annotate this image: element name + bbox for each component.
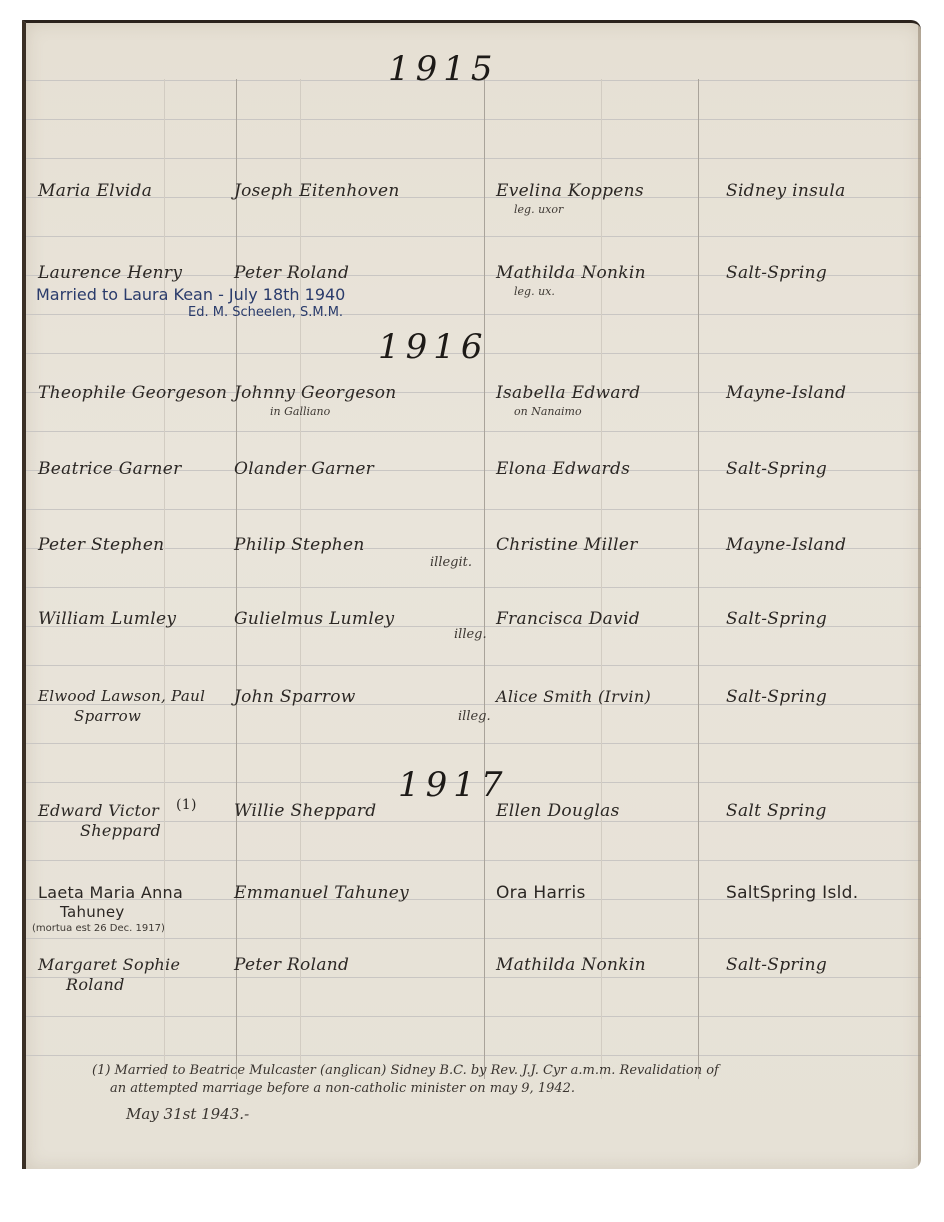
child-name: Margaret Sophie — [38, 955, 180, 974]
ruled-line — [26, 1055, 921, 1056]
mother-name: Ellen Douglas — [496, 801, 620, 821]
ruled-line — [26, 119, 921, 120]
father-name: Gulielmus Lumley — [234, 609, 394, 629]
place: Salt-Spring — [726, 263, 827, 283]
mother-name: Mathilda Nonkin — [496, 263, 646, 283]
child-name-line2: Tahuney — [60, 903, 125, 921]
mother-name: Isabella Edward — [496, 383, 640, 403]
mother-name: Ora Harris — [496, 883, 586, 903]
place: Mayne-Island — [726, 535, 846, 555]
mother-name: Francisca David — [496, 609, 640, 629]
father-name: Philip Stephen — [234, 535, 365, 555]
child-name: Laeta Maria Anna — [38, 883, 183, 902]
place: Salt-Spring — [726, 955, 827, 975]
ruled-line — [26, 236, 921, 237]
footnote-line: an attempted marriage before a non-catho… — [110, 1081, 575, 1096]
father-name: Joseph Eitenhoven — [234, 181, 400, 201]
father-name: Peter Roland — [234, 955, 349, 975]
marriage-annotation-signature: Ed. M. Scheelen, S.M.M. — [188, 305, 343, 320]
place: Salt-Spring — [726, 459, 827, 479]
register-page: 1915 1916 1917 Maria Elvida Joseph Eiten… — [22, 20, 921, 1169]
ruled-line — [26, 743, 921, 744]
mother-note: leg. uxor — [514, 203, 563, 216]
child-name: William Lumley — [38, 609, 176, 629]
mother-name: Elona Edwards — [496, 459, 630, 479]
father-name: John Sparrow — [234, 687, 356, 707]
column-line — [484, 79, 485, 1079]
year-heading: 1915 — [388, 49, 499, 89]
place: Mayne-Island — [726, 383, 846, 403]
footnote-line: (1) Married to Beatrice Mulcaster (angli… — [92, 1063, 719, 1078]
column-line — [698, 79, 699, 1079]
father-name: Olander Garner — [234, 459, 374, 479]
father-name: Peter Roland — [234, 263, 349, 283]
father-note: illeg. — [458, 709, 491, 724]
year-heading: 1916 — [378, 327, 489, 367]
child-name-line2: Roland — [66, 975, 125, 994]
marriage-annotation: Married to Laura Kean - July 18th 1940 — [36, 285, 345, 304]
mother-name: Evelina Koppens — [496, 181, 644, 201]
child-name: Theophile Georgeson — [38, 383, 227, 403]
child-name-line2: Sheppard — [80, 821, 161, 840]
father-name: Emmanuel Tahuney — [234, 883, 409, 903]
father-note: illegit. — [430, 555, 472, 570]
death-note: (mortua est 26 Dec. 1917) — [32, 923, 165, 934]
place: Salt-Spring — [726, 687, 827, 707]
ruled-line — [26, 977, 921, 978]
child-name: Laurence Henry — [38, 263, 182, 283]
ruled-line — [26, 1016, 921, 1017]
child-name: Elwood Lawson, Paul — [38, 687, 205, 705]
column-line — [300, 79, 301, 1079]
ruled-line — [26, 431, 921, 432]
father-name: Johnny Georgeson — [234, 383, 397, 403]
ruled-line — [26, 587, 921, 588]
place: SaltSpring Isld. — [726, 883, 858, 903]
place: Salt-Spring — [726, 609, 827, 629]
ruled-line — [26, 938, 921, 939]
ruled-line — [26, 665, 921, 666]
footnote-marker: (1) — [176, 797, 197, 813]
child-name: Beatrice Garner — [38, 459, 182, 479]
ruled-line — [26, 314, 921, 315]
ruled-line — [26, 158, 921, 159]
footnote-date: May 31st 1943.- — [126, 1105, 249, 1123]
mother-note: on Nanaimo — [514, 405, 582, 418]
place: Salt Spring — [726, 801, 827, 821]
ruled-line — [26, 860, 921, 861]
father-note: in Galliano — [270, 405, 330, 418]
child-name: Maria Elvida — [38, 181, 152, 201]
year-heading: 1917 — [398, 765, 509, 805]
ruled-line — [26, 509, 921, 510]
father-note: illeg. — [454, 627, 487, 642]
child-name: Edward Victor — [38, 801, 159, 820]
mother-name: Mathilda Nonkin — [496, 955, 646, 975]
place: Sidney insula — [726, 181, 846, 201]
child-name-line2: Sparrow — [74, 707, 141, 725]
column-line — [236, 79, 237, 1079]
father-name: Willie Sheppard — [234, 801, 376, 821]
child-name: Peter Stephen — [38, 535, 164, 555]
mother-name: Christine Miller — [496, 535, 638, 555]
mother-name: Alice Smith (Irvin) — [496, 687, 651, 706]
column-line — [601, 79, 602, 1079]
mother-note: leg. ux. — [514, 285, 555, 298]
